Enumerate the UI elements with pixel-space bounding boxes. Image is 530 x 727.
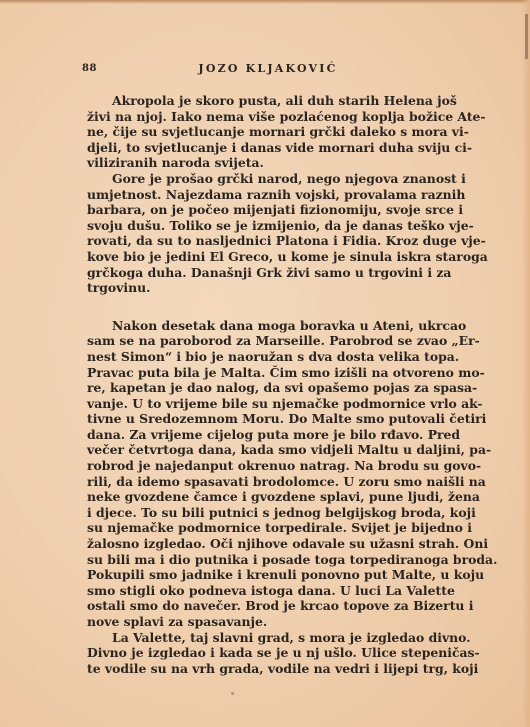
text-line: Nakon desetak dana moga boravka u Ateni,… [87, 318, 442, 334]
text-line: re, kapetan je dao nalog, da svi opašemo… [87, 380, 442, 396]
text-line: trgovinu. [87, 280, 442, 296]
binding-mark [525, 14, 528, 59]
text-line: su bili ma i dio putnika i posade toga t… [87, 552, 442, 568]
paragraph: Gore je prošao grčki narod, nego njegova… [87, 171, 442, 296]
paper-speck [231, 692, 234, 695]
text-line: Pravac puta bila je Malta. Čim smo izišl… [87, 365, 442, 381]
text-line: Akropola je skoro pusta, ali duh starih … [87, 93, 442, 109]
text-line: viliziranih naroda svijeta. [87, 155, 442, 171]
text-line: rovati, da su to nasljednici Platona i F… [87, 233, 442, 249]
text-line: i djece. To su bili putnici s jednog bel… [87, 505, 442, 521]
text-line: tivne u Sredozemnom Moru. Do Malte smo p… [87, 411, 442, 427]
text-line: vanje. U to vrijeme bile su njemačke pod… [87, 396, 442, 412]
paragraph: Nakon desetak dana moga boravka u Ateni,… [87, 318, 442, 630]
page-right-edge [522, 0, 530, 727]
text-line: nove splavi za spasavanje. [87, 614, 442, 630]
text-line: te vodile su na vrh grada, vodile na ved… [87, 661, 442, 677]
text-line: umjetnost. Najezdama raznih vojski, prov… [87, 187, 442, 203]
text-line: La Valette, taj slavni grad, s mora je i… [87, 630, 442, 646]
page-header: 88 JOZO KLJAKOVIĆ [0, 60, 530, 80]
text-line: nest Simon“ i bio je naoružan s dva dost… [87, 349, 442, 365]
running-head: JOZO KLJAKOVIĆ [0, 62, 530, 75]
text-line: ostali smo do navečer. Brod je krcao top… [87, 598, 442, 614]
text-line: smo stigli oko podneva istoga dana. U lu… [87, 583, 442, 599]
text-line: svoju dušu. Toliko se je izmijenio, da j… [87, 218, 442, 234]
paragraph: La Valette, taj slavni grad, s mora je i… [87, 630, 442, 677]
page-top-edge [0, 0, 530, 4]
text-line: Gore je prošao grčki narod, nego njegova… [87, 171, 442, 187]
text-line: barbara, on je počeo mijenjati fizionomi… [87, 202, 442, 218]
body-text: Akropola je skoro pusta, ali duh starih … [87, 93, 442, 676]
text-line: žalosno izgledao. Oči njihove odavale su… [87, 536, 442, 552]
text-line: živi na njoj. Iako nema više pozlaćenog … [87, 109, 442, 125]
text-line: ne, čije su svjetlucanje mornari grčki d… [87, 124, 442, 140]
text-line: neke gvozdene čamce i gvozdene splavi, p… [87, 489, 442, 505]
text-line: su njemačke podmornice torpedirale. Svij… [87, 520, 442, 536]
text-line: Divno je izgledao i kada se je u nj ušlo… [87, 645, 442, 661]
text-line: grčkoga duha. Današnji Grk živi samo u t… [87, 265, 442, 281]
text-line: robrod je najedanput okrenuo natrag. Na … [87, 458, 442, 474]
text-line: sam se na paroborod za Marseille. Parobr… [87, 333, 442, 349]
text-line: večer četvrtoga dana, kada smo vidjeli M… [87, 442, 442, 458]
text-line: Pokupili smo jadnike i krenuli ponovno p… [87, 567, 442, 583]
text-line: rili, da idemo spasavati brodolomce. U z… [87, 474, 442, 490]
text-line: kove bio je jedini El Greco, u kome je s… [87, 249, 442, 265]
text-line: djeli, to svjetlucanje i danas vide morn… [87, 140, 442, 156]
section-gap [87, 296, 442, 318]
text-line: dana. Za vrijeme cijelog puta more je bi… [87, 427, 442, 443]
paragraph: Akropola je skoro pusta, ali duh starih … [87, 93, 442, 171]
